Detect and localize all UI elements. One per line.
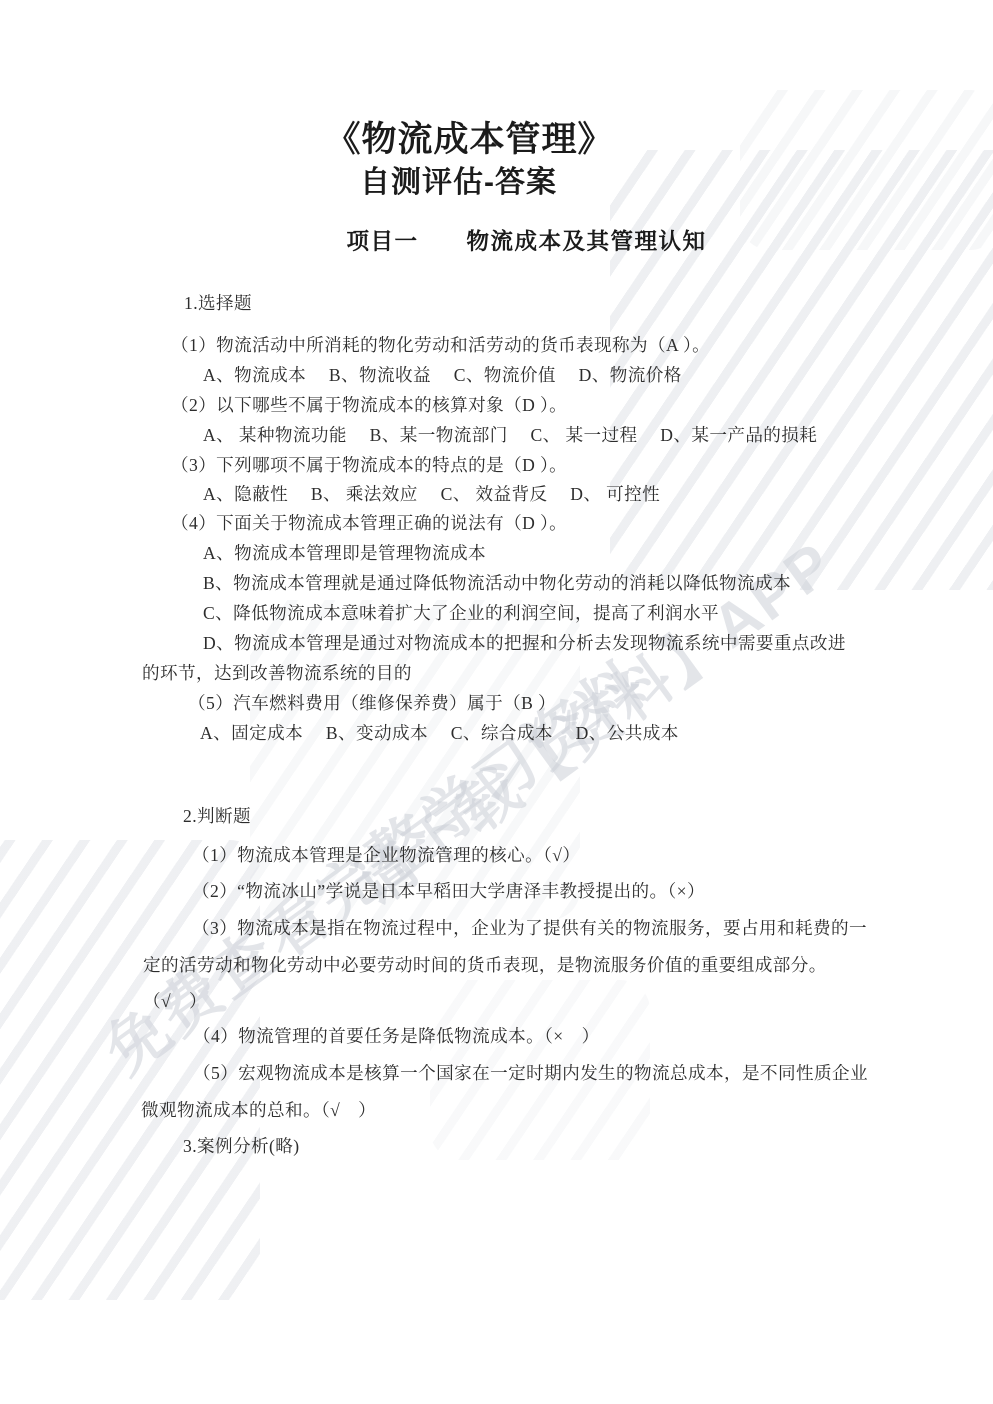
doc-line-section1: 1.选择题 xyxy=(184,293,252,314)
doc-line-j2: （2）“物流冰山”学说是日本早稻田大学唐泽丰教授提出的。（×） xyxy=(192,881,705,902)
doc-line-q1: （1）物流活动中所消耗的物化劳动和活劳动的货币表现称为（A ）。 xyxy=(171,335,710,356)
doc-line-j5: （5）宏观物流成本是核算一个国家在一定时期内发生的物流总成本，是不同性质企业 xyxy=(193,1063,868,1084)
document-title: 《物流成本管理》 xyxy=(0,112,966,162)
doc-line-section3: 3.案例分析(略) xyxy=(183,1136,299,1157)
doc-line-q3-options: A、隐蔽性 B、 乘法效应 C、 效益背反 D、 可控性 xyxy=(203,484,660,505)
doc-line-q4-option-b: B、物流成本管理就是通过降低物流活动中物化劳动的消耗以降低物流成本 xyxy=(203,573,791,594)
doc-line-q5: （5）汽车燃料费用（维修保养费）属于（B ） xyxy=(188,693,556,714)
doc-line-j3: （3）物流成本是指在物流过程中，企业为了提供有关的物流服务，要占用和耗费的一 xyxy=(192,918,867,939)
scanned-document-page: 免费查看完整学习资料 请下载【资料】APP 《物流成本管理》 自测评估-答案 项… xyxy=(0,0,993,1404)
doc-line-q4: （4）下面关于物流成本管理正确的说法有（D ）。 xyxy=(171,513,567,534)
doc-line-q2-options: A、 某种物流功能 B、某一物流部门 C、 某一过程 D、某一产品的损耗 xyxy=(203,425,817,446)
doc-line-q4-option-d-cont: 的环节，达到改善物流系统的目的 xyxy=(142,663,412,684)
doc-line-j3-answer: （√ ） xyxy=(143,991,207,1012)
document-subtitle: 自测评估-答案 xyxy=(0,157,955,201)
doc-line-j3-cont: 定的活劳动和物化劳动中必要劳动时间的货币表现，是物流服务价值的重要组成部分。 xyxy=(143,955,827,976)
doc-line-q3: （3）下列哪项不属于物流成本的特点的是（D ）。 xyxy=(171,455,567,476)
section-heading: 项目一 物流成本及其管理认知 xyxy=(30,224,993,256)
doc-line-q4-option-a: A、物流成本管理即是管理物流成本 xyxy=(203,543,486,564)
doc-line-q5-options: A、固定成本 B、变动成本 C、综合成本 D、公共成本 xyxy=(200,723,679,744)
doc-line-j5-cont: 微观物流成本的总和。（√ ） xyxy=(141,1100,376,1121)
doc-line-q1-options: A、物流成本 B、物流收益 C、物流价值 D、物流价格 xyxy=(203,365,682,386)
doc-line-q2: （2）以下哪些不属于物流成本的核算对象（D ）。 xyxy=(171,395,567,416)
doc-line-q4-option-c: C、降低物流成本意味着扩大了企业的利润空间，提高了利润水平 xyxy=(203,603,719,624)
doc-line-j4: （4）物流管理的首要任务是降低物流成本。（× ） xyxy=(193,1026,600,1047)
doc-line-section2: 2.判断题 xyxy=(183,806,251,827)
doc-line-q4-option-d: D、物流成本管理是通过对物流成本的把握和分析去发现物流系统中需要重点改进 xyxy=(203,633,846,654)
doc-line-j1: （1）物流成本管理是企业物流管理的核心。（√） xyxy=(192,845,580,866)
